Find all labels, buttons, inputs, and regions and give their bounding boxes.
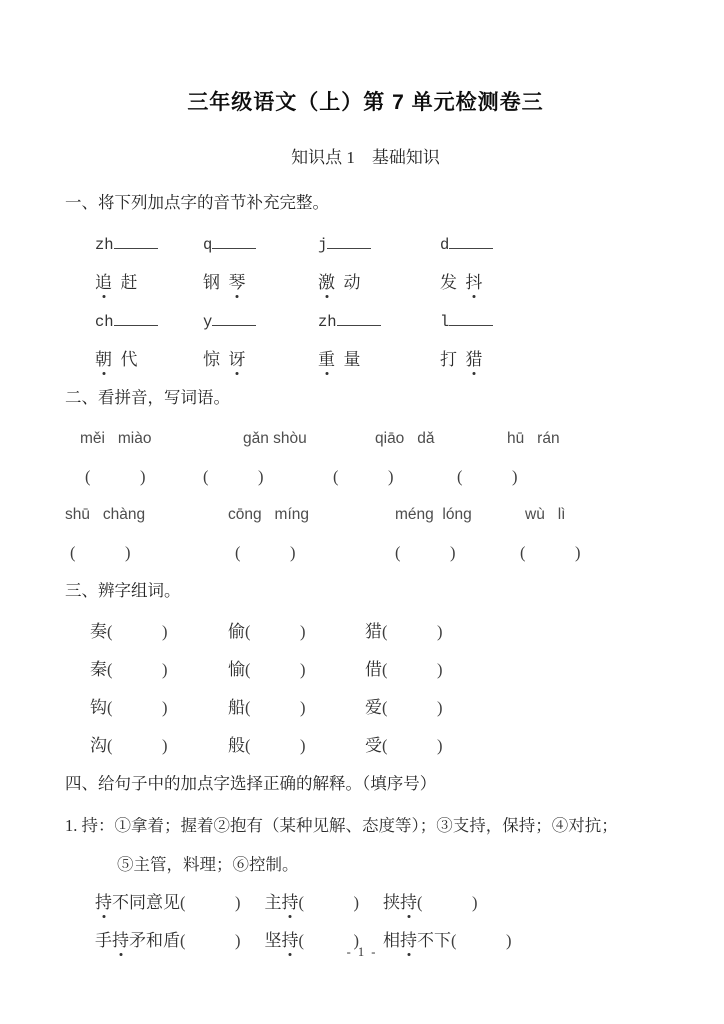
answer-parentheses: ( ) [520,541,666,565]
answer-parentheses: ( ) [245,736,306,755]
character-to-compose: 钩 [90,698,107,717]
word-part: 量 [335,350,361,369]
answer-parentheses: ( ) [70,541,235,565]
compose-cell: 猎( ) [365,620,666,644]
phrase-with-dotted-char: 持不同意见( ) [95,891,241,915]
answer-parentheses: ( ) [107,660,168,679]
dotted-character: 抖 [466,273,483,292]
section-definition-choice: 四、给句子中的加点字选择正确的解释。（填序号） 1. 持：①拿着；握着②抱有（某… [65,772,666,953]
character-to-compose: 般 [228,736,245,755]
syllable-cell: j [318,232,440,257]
annotated-word: 惊 讶 [203,348,318,372]
pinyin-syllables: wù lì [525,503,666,527]
answer-blank-line [327,234,371,249]
character-to-compose: 受 [365,736,382,755]
word-part: 钢 [203,273,229,292]
dotted-character: 持 [282,893,299,912]
word-part: 代 [112,350,138,369]
character-to-compose: 沟 [90,736,107,755]
worksheet-page: 三年级语文（上）第 7 单元检测卷三 知识点 1 基础知识 一、将下列加点字的音… [0,0,724,1024]
answer-parentheses: ( ) [245,660,306,679]
answer-parentheses: ( ) [203,465,333,489]
word-part: 惊 [203,350,229,369]
word-part: 赶 [112,273,138,292]
answer-blank-line [337,311,381,326]
annotated-word: 重 量 [318,348,440,372]
definition-list-line-1: 1. 持：①拿着；握着②抱有（某种见解、态度等）；③支持，保持；④对抗； [65,813,666,839]
compose-row: 钩( ) 船( ) 爱( ) [90,696,666,720]
pinyin-initial: zh [95,236,114,254]
answer-parentheses: ( ) [395,541,520,565]
pinyin-syllables: hū rán [507,427,666,451]
syllable-cell: zh [95,232,203,257]
answer-parentheses: ( ) [107,736,168,755]
answer-parentheses: ( ) [457,465,666,489]
answer-parentheses: ( ) [333,465,457,489]
word-part: 动 [335,273,361,292]
compose-cell: 秦( ) [90,658,228,682]
character-to-compose: 秦 [90,660,107,679]
answer-blank-line [449,311,493,326]
word-row-2: 朝 代 惊 讶 重 量 打 猎 [95,348,666,372]
answer-parentheses: ( ) [235,541,395,565]
section-2-heading: 二、看拼音，写词语。 [65,386,666,410]
pinyin-syllables: qiāo dǎ [375,427,507,451]
word-part: 打 [440,350,466,369]
definition-list-line-2: ⑤主管，料理；⑥控制。 [117,852,666,878]
answer-parens-row-2: ( ) ( ) ( ) ( ) [70,541,666,565]
compose-cell: 船( ) [228,696,365,720]
answer-blank-line [114,234,158,249]
word-row-1: 追 赶 钢 琴 激 动 发 抖 [95,271,666,295]
pinyin-syllables: měi miào [80,427,243,451]
phrase-with-dotted-char: 挟持( ) [383,891,478,915]
section-4-heading: 四、给句子中的加点字选择正确的解释。（填序号） [65,772,666,796]
compose-cell: 沟( ) [90,734,228,758]
syllable-cell: y [203,309,318,334]
answer-parentheses: ( ) [382,698,443,717]
dotted-character: 讶 [229,350,246,369]
answer-parentheses: ( ) [382,736,443,755]
compose-row: 沟( ) 般( ) 受( ) [90,734,666,758]
answer-blank-line [212,311,256,326]
answer-parentheses: ( ) [382,660,443,679]
character-to-compose: 船 [228,698,245,717]
compose-row: 奏( ) 偷( ) 猎( ) [90,620,666,644]
pinyin-initial: zh [318,313,337,331]
answer-blank-line [449,234,493,249]
pinyin-syllables: méng lóng [395,503,525,527]
document-title: 三年级语文（上）第 7 单元检测卷三 [65,86,666,116]
dotted-character: 持 [95,893,112,912]
answer-parentheses: ( ) [180,893,241,912]
dotted-character: 激 [318,273,335,292]
character-to-compose: 猎 [365,622,382,641]
compose-cell: 偷( ) [228,620,365,644]
compose-cell: 愉( ) [228,658,365,682]
compose-cell: 奏( ) [90,620,228,644]
answer-blank-line [114,311,158,326]
pinyin-initial: y [203,313,212,331]
phrase-row-1: 持不同意见( ) 主持( ) 挟持( ) [95,891,666,915]
compose-cell: 钩( ) [90,696,228,720]
character-to-compose: 愉 [228,660,245,679]
word-part: 不同意见 [112,893,180,912]
answer-parentheses: ( ) [85,465,203,489]
syllable-cell: ch [95,309,203,334]
dotted-character: 琴 [229,273,246,292]
pinyin-row-2: shū chàng cōng míng méng lóng wù lì [65,503,666,527]
character-to-compose: 爱 [365,698,382,717]
dotted-character: 猎 [466,350,483,369]
syllable-row-1: zh q j d [95,232,666,257]
pinyin-initial: d [440,236,449,254]
word-part: 挟 [383,893,400,912]
answer-parentheses: ( ) [245,622,306,641]
dotted-character: 朝 [95,350,112,369]
syllable-cell: l [440,309,666,334]
section-pinyin-completion: 一、将下列加点字的音节补充完整。 zh q j d 追 赶 钢 琴 激 动 发 … [65,191,666,372]
section-1-heading: 一、将下列加点字的音节补充完整。 [65,191,666,215]
dotted-character: 持 [400,893,417,912]
section-pinyin-writing: 二、看拼音，写词语。 měi miào gǎn shòu qiāo dǎ hū … [65,386,666,565]
syllable-cell: d [440,232,666,257]
pinyin-initial: q [203,236,212,254]
compose-cell: 般( ) [228,734,365,758]
syllable-cell: q [203,232,318,257]
annotated-word: 打 猎 [440,348,666,372]
page-number: - 1 - [0,945,724,960]
answer-parentheses: ( ) [417,893,478,912]
pinyin-syllables: shū chàng [65,503,228,527]
annotated-word: 发 抖 [440,271,666,295]
syllable-row-2: ch y zh l [95,309,666,334]
section-3-heading: 三、辨字组词。 [65,579,666,603]
word-part: 主 [265,893,282,912]
pinyin-initial: l [440,313,449,331]
pinyin-syllables: cōng míng [228,503,395,527]
pinyin-initial: ch [95,313,114,331]
answer-parentheses: ( ) [382,622,443,641]
character-to-compose: 借 [365,660,382,679]
dotted-character: 追 [95,273,112,292]
knowledge-point-heading: 知识点 1 基础知识 [65,143,666,168]
syllable-cell: zh [318,309,440,334]
compose-cell: 借( ) [365,658,666,682]
answer-parens-row-1: ( ) ( ) ( ) ( ) [85,465,666,489]
character-to-compose: 奏 [90,622,107,641]
pinyin-syllables: gǎn shòu [243,427,375,451]
answer-parentheses: ( ) [107,698,168,717]
compose-row: 秦( ) 愉( ) 借( ) [90,658,666,682]
annotated-word: 钢 琴 [203,271,318,295]
annotated-word: 朝 代 [95,348,203,372]
compose-cell: 受( ) [365,734,666,758]
dotted-character: 重 [318,350,335,369]
annotated-word: 激 动 [318,271,440,295]
answer-blank-line [212,234,256,249]
pinyin-initial: j [318,236,327,254]
answer-parentheses: ( ) [107,622,168,641]
pinyin-row-1: měi miào gǎn shòu qiāo dǎ hū rán [80,427,666,451]
compose-cell: 爱( ) [365,696,666,720]
annotated-word: 追 赶 [95,271,203,295]
phrase-with-dotted-char: 主持( ) [265,891,360,915]
answer-parentheses: ( ) [299,893,360,912]
character-to-compose: 偷 [228,622,245,641]
word-part: 发 [440,273,466,292]
answer-parentheses: ( ) [245,698,306,717]
section-word-differentiation: 三、辨字组词。 奏( ) 偷( ) 猎( ) 秦( ) 愉( ) 借( ) 钩(… [65,579,666,758]
